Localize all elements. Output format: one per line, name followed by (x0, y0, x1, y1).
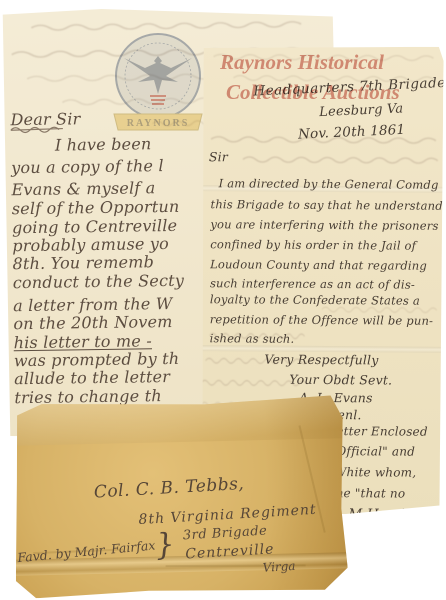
letter-left-line: I have been (55, 134, 152, 154)
letter-left-line: 8th. You rememb (12, 252, 154, 273)
letter-left-line: tries to change th (14, 386, 162, 407)
letter-body-line: you are interfering with the prisoners (210, 217, 438, 233)
letter-left-line: on the 20th Novem (13, 312, 172, 333)
letter-signature: M Harrison (348, 506, 429, 523)
letter-left-line: self of the Opportun (12, 197, 180, 218)
letter-left-line: conduct to the Secty (13, 271, 184, 292)
letter-body-line: loyalty to the Confederate States a (210, 292, 420, 307)
letter-closing-line: Your Obdt Sevt. (289, 372, 392, 388)
envelope: Col. C. B. Tebbs, 8th Virginia Regiment … (12, 394, 348, 598)
letter-body-line: repetition of the Offence will be pun- (210, 312, 434, 328)
favor-note-text: Favd. by Majr. Fairfax (17, 537, 156, 565)
flourish-brace: } (154, 527, 176, 564)
seal-banner-text: RAYNORS (127, 118, 190, 129)
watermark-line1: Raynors Historical (220, 47, 400, 77)
letter-left-line: allude to the letter (14, 367, 170, 388)
letter-left-line: Evans & myself a (11, 178, 155, 199)
scanned-letters-photo: Dear Sir I have been you a copy of the l… (0, 0, 446, 600)
envelope-address-name: Col. C. B. Tebbs, (93, 474, 244, 503)
envelope-address-state: Virga (262, 559, 296, 575)
letter-closing-line: Very Respectfully (264, 352, 378, 368)
envelope-address-brigade: 3rd Brigade (182, 524, 267, 544)
auction-seal: RAYNORS (108, 30, 208, 134)
watermark-line2: Collectible Auctions (226, 77, 400, 107)
letter-body-line: this Brigade to say that he understands (210, 197, 446, 213)
letter-body-line: such interference as an act of dis- (210, 276, 415, 291)
letter-salutation: Sir (209, 149, 228, 164)
letter-body-line: Loudoun County and that regarding (210, 257, 427, 273)
ink-bleedthrough (243, 153, 438, 166)
letter-body-line: I am directed by the General Comdg (219, 176, 439, 192)
letter-body-line: ished as such. (210, 331, 295, 346)
letter-body-line: confined by his order in the Jail of (210, 237, 416, 252)
letter-left-line: you a copy of the l (11, 156, 164, 177)
auction-watermark: Raynors Historical Collectible Auctions (220, 47, 400, 107)
